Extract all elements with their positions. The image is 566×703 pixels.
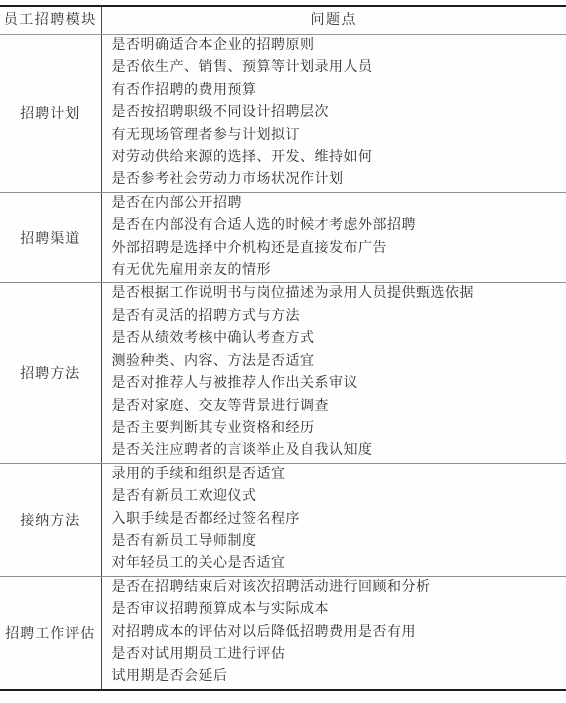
issue-cell: 是否从绩效考核中确认考查方式	[101, 328, 566, 350]
issue-cell: 测验种类、内容、方法是否适宜	[101, 351, 566, 373]
issue-cell: 有否作招聘的费用预算	[101, 80, 566, 102]
issue-cell: 是否根据工作说明书与岗位描述为录用人员提供甄选依据	[101, 283, 566, 306]
page: 员工招聘模块 问题点 招聘计划 是否明确适合本企业的招聘原则 是否依生产、销售、…	[0, 0, 566, 703]
issue-cell: 对劳动供给来源的选择、开发、维持如何	[101, 147, 566, 169]
issue-cell: 是否在招聘结束后对该次招聘活动进行回顾和分析	[101, 576, 566, 599]
issue-cell: 是否关注应聘者的言谈举止及自我认知度	[101, 440, 566, 463]
issue-cell: 入职手续是否都经过签名程序	[101, 509, 566, 531]
module-cell-recruitment-channels: 招聘渠道	[0, 192, 101, 283]
header-module: 员工招聘模块	[0, 6, 101, 35]
module-cell-recruitment-evaluation: 招聘工作评估	[0, 576, 101, 690]
issue-cell: 对年轻员工的关心是否适宜	[101, 553, 566, 576]
issue-cell: 录用的手续和组织是否适宜	[101, 463, 566, 486]
issue-cell: 是否对家庭、交友等背景进行调查	[101, 396, 566, 418]
table-row: 招聘渠道 是否在内部公开招聘	[0, 192, 566, 215]
issue-cell: 是否依生产、销售、预算等计划录用人员	[101, 57, 566, 79]
issue-cell: 是否参考社会劳动力市场状况作计划	[101, 169, 566, 192]
table-row: 招聘计划 是否明确适合本企业的招聘原则	[0, 35, 566, 58]
module-cell-recruitment-methods: 招聘方法	[0, 283, 101, 463]
issue-cell: 有无优先雇用亲友的情形	[101, 260, 566, 283]
issue-cell: 是否明确适合本企业的招聘原则	[101, 35, 566, 58]
issue-cell: 是否主要判断其专业资格和经历	[101, 418, 566, 440]
issue-cell: 是否按招聘职级不同设计招聘层次	[101, 102, 566, 124]
issue-cell: 是否对试用期员工进行评估	[101, 644, 566, 666]
issue-cell: 是否对推荐人与被推荐人作出关系审议	[101, 373, 566, 395]
issue-cell: 是否有灵活的招聘方式与方法	[101, 306, 566, 328]
issue-cell: 对招聘成本的评估对以后降低招聘费用是否有用	[101, 622, 566, 644]
recruitment-audit-table: 员工招聘模块 问题点 招聘计划 是否明确适合本企业的招聘原则 是否依生产、销售、…	[0, 5, 566, 691]
header-issues: 问题点	[101, 6, 566, 35]
issue-cell: 是否有新员工欢迎仪式	[101, 486, 566, 508]
module-cell-acceptance-methods: 接纳方法	[0, 463, 101, 576]
module-cell-recruitment-plan: 招聘计划	[0, 35, 101, 193]
header-row: 员工招聘模块 问题点	[0, 6, 566, 35]
issue-cell: 是否在内部公开招聘	[101, 192, 566, 215]
issue-cell: 外部招聘是选择中介机构还是直接发布广告	[101, 238, 566, 260]
issue-cell: 是否审议招聘预算成本与实际成本	[101, 599, 566, 621]
issue-cell: 是否在内部没有合适人选的时候才考虑外部招聘	[101, 215, 566, 237]
issue-cell: 是否有新员工导师制度	[101, 531, 566, 553]
issue-cell: 有无现场管理者参与计划拟订	[101, 125, 566, 147]
table-row: 接纳方法 录用的手续和组织是否适宜	[0, 463, 566, 486]
table-row: 招聘方法 是否根据工作说明书与岗位描述为录用人员提供甄选依据	[0, 283, 566, 306]
table-row: 招聘工作评估 是否在招聘结束后对该次招聘活动进行回顾和分析	[0, 576, 566, 599]
issue-cell: 试用期是否会延后	[101, 666, 566, 689]
